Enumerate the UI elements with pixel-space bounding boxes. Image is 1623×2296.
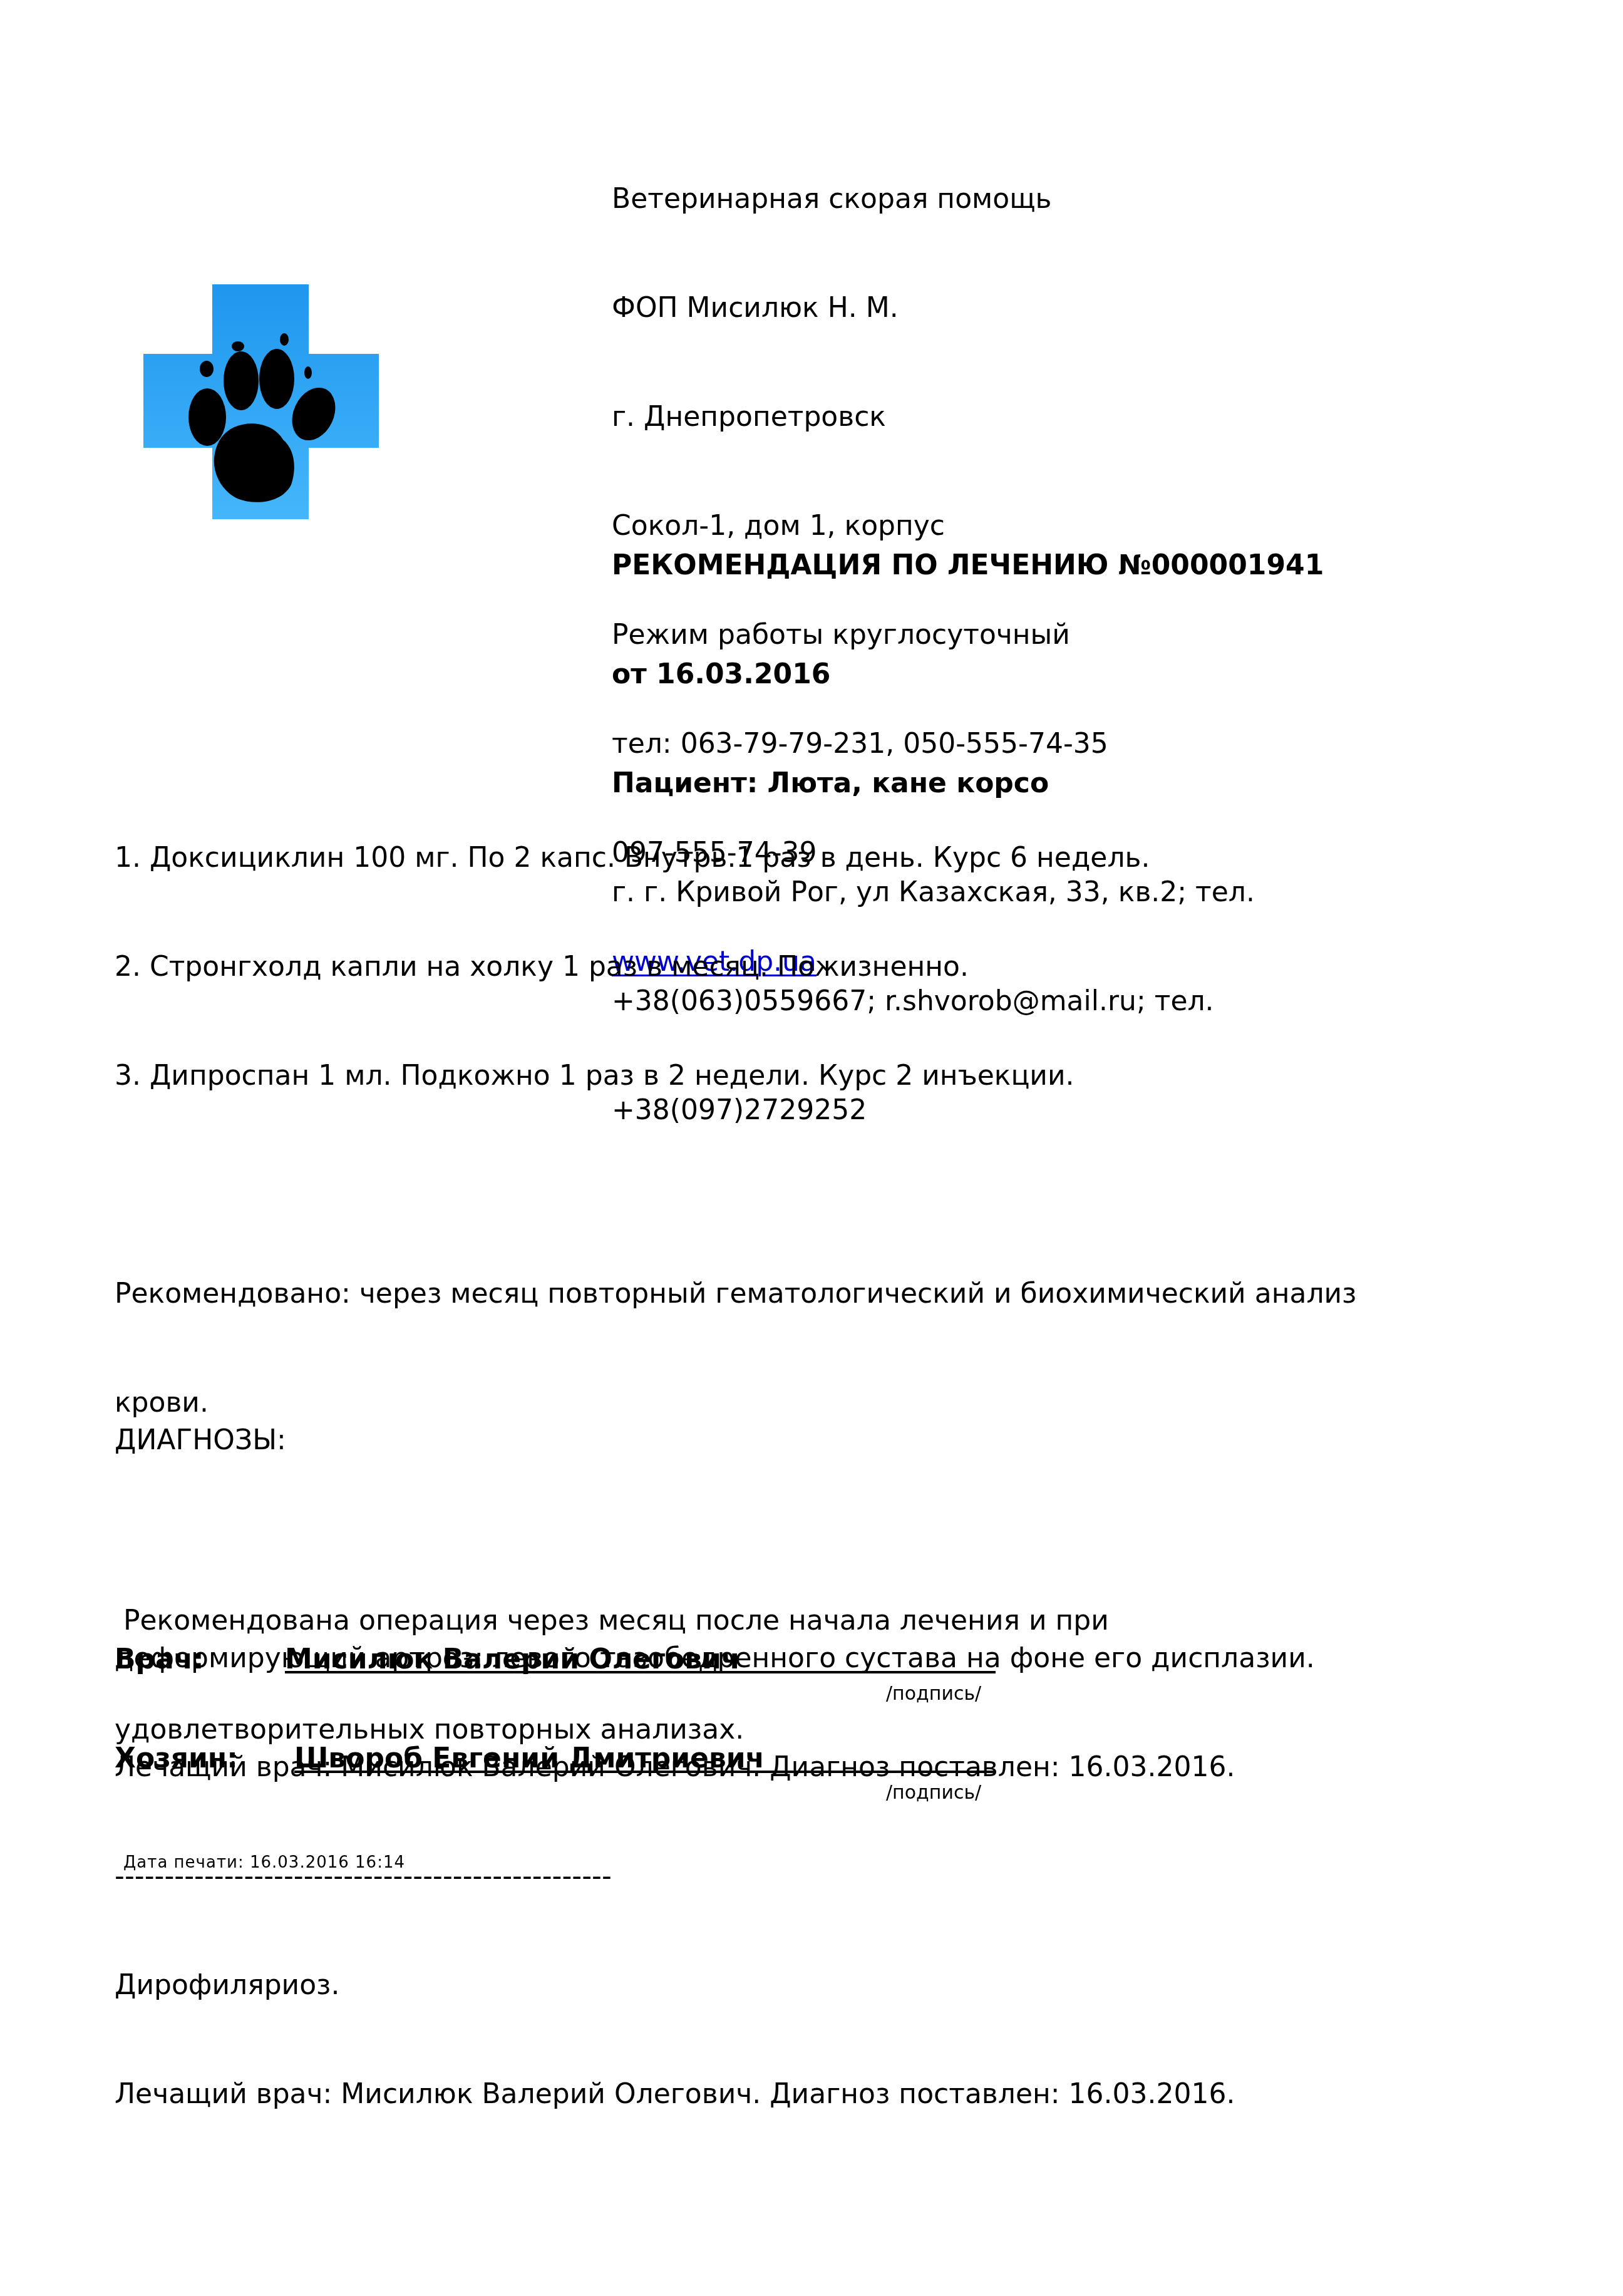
diagnosis-text: Дирофиляриоз. xyxy=(115,1967,1315,2004)
signature-caption: /подпись/ xyxy=(886,1782,981,1804)
doctor-label: Врач: xyxy=(115,1642,204,1678)
diagnoses-heading: ДИАГНОЗЫ: xyxy=(115,1422,1315,1459)
owner-signature-block: Хозяин: Швороб Евгений Дмитриевич /подпи… xyxy=(115,1740,1004,1816)
signature-line xyxy=(285,1671,996,1673)
treatment-item: 1. Доксициклин 100 мг. По 2 капс. Внутрь… xyxy=(115,840,1357,876)
signature-caption: /подпись/ xyxy=(886,1683,981,1705)
signature-line xyxy=(294,1771,996,1773)
recommendation-text: Рекомендовано: через месяц повторный гем… xyxy=(115,1276,1357,1312)
paw-on-medical-cross-icon xyxy=(143,284,379,519)
document-date: от 16.03.2016 xyxy=(612,656,1324,693)
owner-label: Хозяин: xyxy=(115,1740,238,1777)
diagnosis-doctor-note: Лечащий врач: Мисилюк Валерий Олегович. … xyxy=(115,2076,1315,2112)
print-date: Дата печати: 16.03.2016 16:14 xyxy=(123,1852,405,1873)
document-title: РЕКОМЕНДАЦИЯ ПО ЛЕЧЕНИЮ №000001941 xyxy=(612,547,1324,584)
clinic-city: г. Днепропетровск xyxy=(612,399,1108,435)
clinic-owner: ФОП Мисилюк Н. М. xyxy=(612,290,1108,326)
treatment-item: 2. Стронгхолд капли на холку 1 раз в мес… xyxy=(115,949,1357,985)
clinic-name: Ветеринарная скорая помощь xyxy=(612,181,1108,217)
doctor-signature-block: Врач: Мисилюк Валерий Олегович /подпись/ xyxy=(115,1642,1004,1717)
treatment-item: 3. Дипроспан 1 мл. Подкожно 1 раз в 2 не… xyxy=(115,1058,1357,1094)
